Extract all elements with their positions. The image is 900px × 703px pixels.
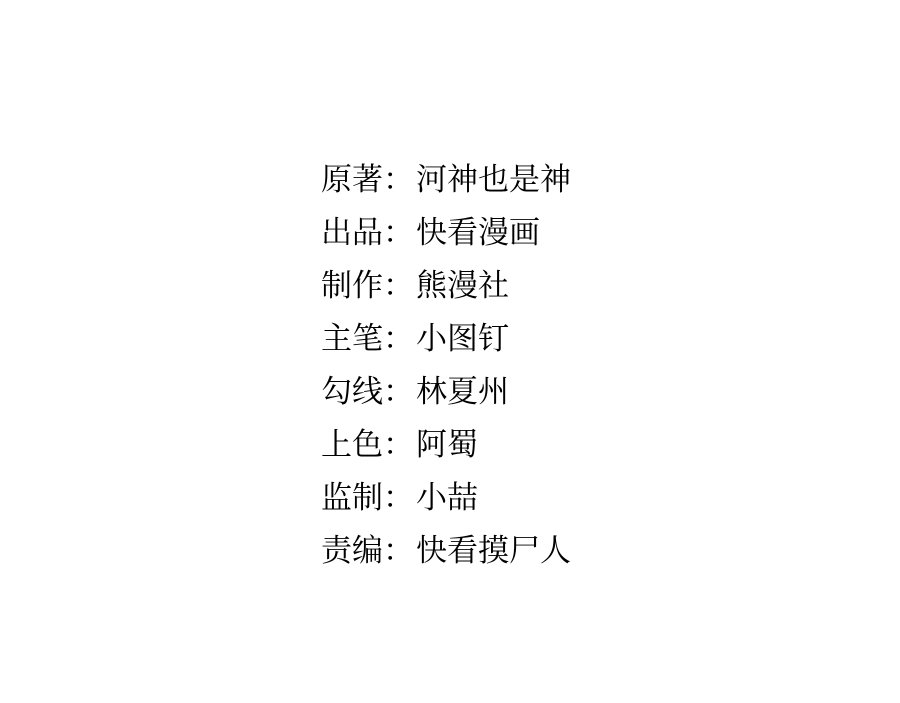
credit-role: 制作: [321, 264, 383, 308]
credit-editor: 责编：快看摸尸人: [321, 529, 571, 582]
credit-name: 快看摸尸人: [416, 529, 571, 573]
credit-separator: ：: [383, 423, 416, 467]
credit-name: 快看漫画: [416, 211, 540, 255]
credit-role: 责编: [321, 529, 383, 573]
credit-name: 小喆: [416, 476, 478, 520]
credit-separator: ：: [383, 317, 416, 361]
credit-role: 原著: [321, 158, 383, 202]
credit-role: 上色: [321, 423, 383, 467]
credit-original-author: 原著：河神也是神: [321, 158, 571, 211]
credit-lead-artist: 主笔：小图钉: [321, 317, 571, 370]
credit-name: 小图钉: [416, 317, 509, 361]
credit-separator: ：: [383, 158, 416, 202]
credit-separator: ：: [383, 264, 416, 308]
credits-list: 原著：河神也是神 出品：快看漫画 制作：熊漫社 主笔：小图钉 勾线：林夏州 上色…: [321, 158, 571, 582]
credit-role: 监制: [321, 476, 383, 520]
credit-name: 熊漫社: [416, 264, 509, 308]
credit-coloring: 上色：阿蜀: [321, 423, 571, 476]
credit-name: 河神也是神: [416, 158, 571, 202]
credit-role: 出品: [321, 211, 383, 255]
credit-separator: ：: [383, 370, 416, 414]
credit-line-art: 勾线：林夏州: [321, 370, 571, 423]
credit-publisher: 出品：快看漫画: [321, 211, 571, 264]
credit-separator: ：: [383, 529, 416, 573]
credit-separator: ：: [383, 211, 416, 255]
credit-role: 勾线: [321, 370, 383, 414]
credit-role: 主笔: [321, 317, 383, 361]
credit-separator: ：: [383, 476, 416, 520]
credit-production: 制作：熊漫社: [321, 264, 571, 317]
credit-name: 林夏州: [416, 370, 509, 414]
credit-name: 阿蜀: [416, 423, 478, 467]
credit-supervisor: 监制：小喆: [321, 476, 571, 529]
